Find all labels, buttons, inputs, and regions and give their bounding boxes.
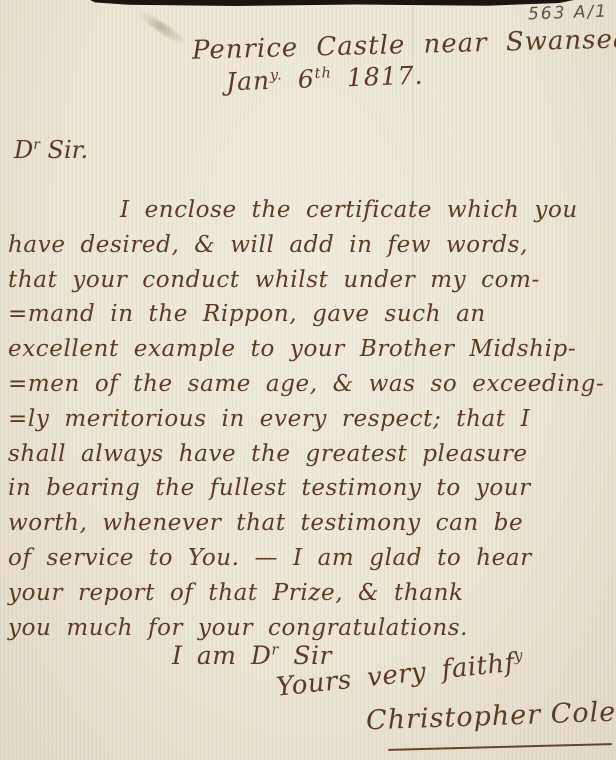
body-line: =mand in the Rippon, gave such an	[8, 297, 614, 332]
body-line: your report of that Prize, & thank	[8, 576, 614, 611]
ink-smudge	[136, 9, 190, 48]
date-day: 6	[282, 64, 315, 94]
signature-underline	[388, 743, 612, 751]
date-month: Jan	[226, 66, 271, 97]
date-year: 1817.	[331, 61, 423, 93]
closing-superscript: r	[271, 643, 278, 659]
date-day-suffix: th	[314, 65, 332, 82]
closing-line: I am Dr Sir	[172, 641, 332, 670]
salutation-text: D	[14, 136, 33, 164]
body-line: excellent example to your Brother Midshi…	[8, 332, 614, 367]
date-line: Jany. 6th 1817.	[226, 61, 424, 97]
body-line: =men of the same age, & was so exceeding…	[8, 367, 614, 402]
body-line: shall always have the greatest pleasure	[8, 437, 614, 472]
salutation-rest: Sir.	[40, 136, 88, 164]
closing-text: I am D	[172, 641, 271, 670]
body-line: in bearing the fullest testimony to your	[8, 471, 614, 506]
closing-rest: Sir	[279, 641, 332, 670]
place-line: Penrice Castle near Swansea	[192, 24, 616, 65]
body-line: worth, whenever that testimony can be	[8, 506, 614, 541]
scan-edge-shadow	[90, 0, 574, 6]
letter-page: 563 A/1 Penrice Castle near Swansea Jany…	[0, 0, 616, 760]
letter-body: I enclose the certificate which you have…	[8, 193, 614, 645]
signature: Christopher Cole	[366, 697, 616, 737]
archival-reference: 563 A/1	[528, 2, 609, 25]
salutation-superscript: r	[33, 137, 40, 153]
body-line: have desired, & will add in few words,	[8, 228, 614, 263]
body-line: I enclose the certificate which you	[8, 193, 614, 228]
date-month-suffix: y.	[270, 67, 283, 83]
salutation: Dr Sir.	[14, 136, 88, 164]
body-line: that your conduct whilst under my com-	[8, 263, 614, 298]
body-line: of service to You. — I am glad to hear	[8, 541, 614, 576]
valediction-superscript: y	[513, 646, 524, 665]
body-line: =ly meritorious in every respect; that I	[8, 402, 614, 437]
